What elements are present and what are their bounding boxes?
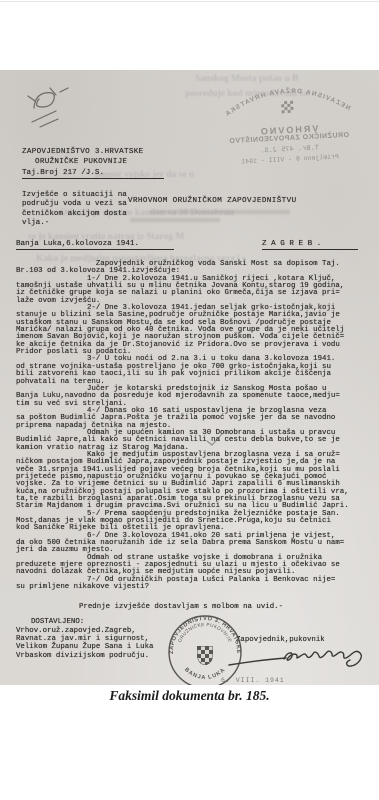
coat-of-arms-icon: [197, 646, 213, 666]
pencil-annotation: [20, 82, 82, 134]
body-text: Zapovjednik oružničkog voda Sanski Most …: [16, 261, 349, 591]
round-stamp: ZAPOVJEDNIŠTVO 3. HRVATSKE ORUŽNIČKE PUK…: [165, 612, 245, 685]
receipt-stamp-arc: NEZAVISNA DRŽAVA HRVATSKA: [206, 71, 368, 123]
letterhead-line1: ZAPOVJEDNIŠTVO 3.HRVATSKE: [22, 147, 143, 157]
distribution-label: DOSTAVLJENO:: [31, 618, 84, 626]
letterhead: ZAPOVJEDNIŠTVO 3.HRVATSKE ORUŽNIČKE PUKO…: [22, 147, 143, 167]
distribution-list: Vrhov.oruž.zapovjed.Zagreb, Ravnat.za ja…: [16, 627, 154, 660]
pencil-checkmark: [206, 432, 226, 448]
ink-smudge: [130, 218, 220, 222]
ndh-emblem-icon: [281, 101, 294, 114]
dateline-place: Banja Luka,6.kolovoza 1941.: [16, 240, 174, 250]
ink-smudge: [150, 210, 290, 214]
subject-block: Izvješće o situaciji na području voda u …: [22, 191, 127, 229]
caption: Faksimil dokumenta br. 185.: [0, 688, 379, 704]
reference-number: Taj.Broj 217 /J.S.: [22, 169, 164, 179]
closing-line: Prednje izvješće dostavljam s molbom na …: [79, 603, 283, 611]
svg-text:NEZAVISNA DRŽAVA HRVATSKA: NEZAVISNA DRŽAVA HRVATSKA: [222, 83, 351, 119]
signature: [228, 642, 372, 678]
date-received-stamp: 6. VIII. 1941: [221, 677, 285, 684]
document-scan: Sanskog Mosta pošao u B posreduje kod mj…: [0, 70, 379, 685]
receipt-stamp: NEZAVISNA DRŽAVA HRVATSKA VRHOVNO ORUŽNI…: [206, 71, 370, 167]
receipt-state-arc: NEZAVISNA DRŽAVA HRVATSKA: [222, 83, 351, 119]
dateline-city: Z A G R E B .: [262, 240, 358, 250]
letterhead-line2: ORUŽNIČKE PUKOVNIJE: [35, 157, 143, 167]
page-top-rule: [0, 1, 379, 2]
addressee: VRHOVNOM ORUŽNIČKOM ZAPOVJEDNIŠTVU: [128, 197, 297, 205]
